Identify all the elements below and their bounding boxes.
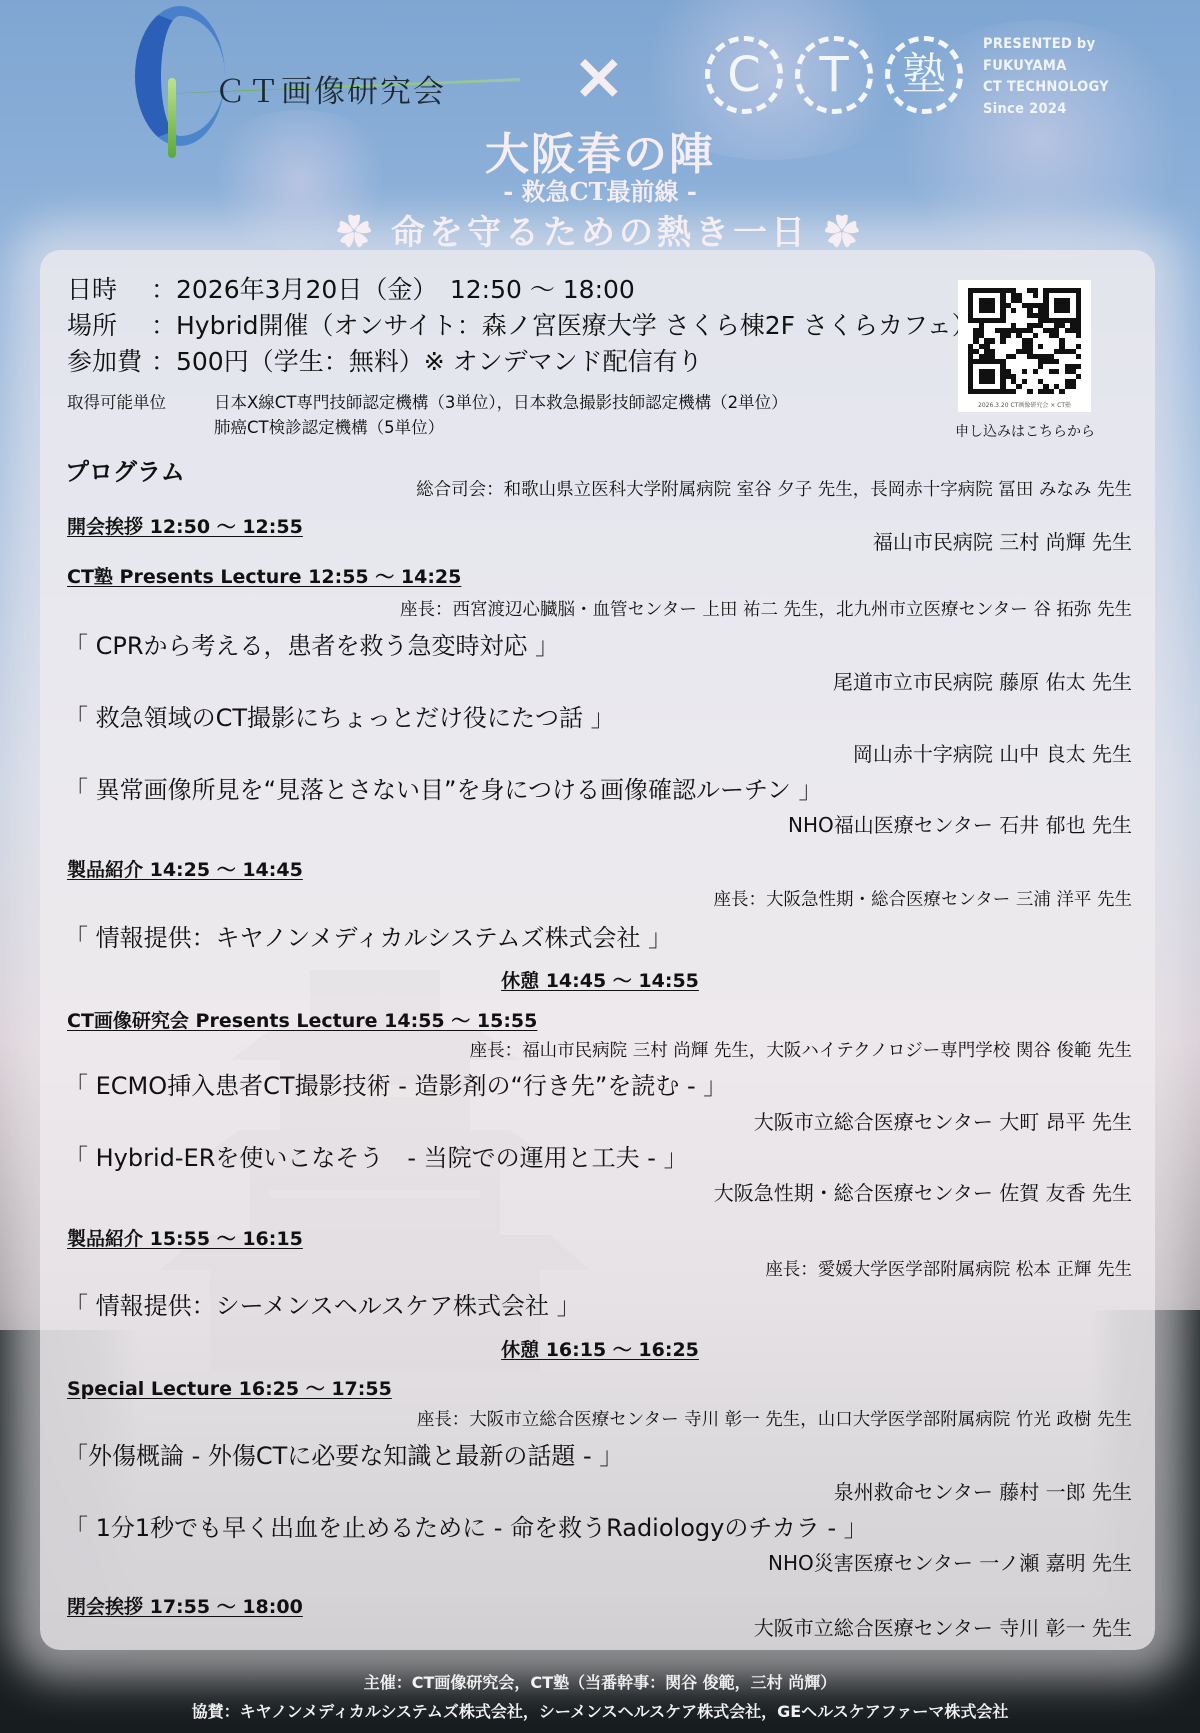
ctimg-chair: 座長：福山市民病院 三村 尚輝 先生，大阪ハイテクノロジー専門学校 関谷 俊範 … xyxy=(470,1037,1132,1062)
venue-label: 場所 xyxy=(67,308,151,344)
break-heading: 休憩 16:15 ～ 16:25 xyxy=(0,1335,1200,1362)
talk-title: 「 救急領域のCT撮影にちょっとだけ役にたつ話 」 xyxy=(64,698,615,733)
credits-info: 取得可能単位日本X線CT専門技師認定機構（3単位），日本救急撮影技師認定機構（2… xyxy=(67,390,788,440)
product-intro-title: 「 情報提供：キヤノンメディカルシステムズ株式会社 」 xyxy=(64,918,672,953)
break-heading: 休憩 14:45 ～ 14:55 xyxy=(0,966,1200,993)
closing-speaker: 大阪市立総合医療センター 寺川 彰一 先生 xyxy=(754,1612,1132,1641)
ctimg-lecture-heading: CT画像研究会 Presents Lecture 14:55 ～ 15:55 xyxy=(67,1006,537,1033)
cross-mark: × xyxy=(572,45,626,109)
talk-speaker: 岡山赤十字病院 山中 良太 先生 xyxy=(853,738,1132,767)
talk-title: 「 Hybrid-ERを使いこなそう - 当院での運用と工夫 - 」 xyxy=(64,1138,688,1173)
talk-speaker: 大阪急性期・総合医療センター 佐賀 友香 先生 xyxy=(714,1177,1132,1206)
talk-speaker: 泉州救命センター 藤村 一郎 先生 xyxy=(834,1476,1132,1505)
presented-line: CT TECHNOLOGY xyxy=(983,77,1109,99)
event-info: 日時 ：2026年3月20日（金） 12:50 ～ 18:00 場所 ：Hybr… xyxy=(67,272,977,380)
qr-caption: 申し込みはこちらから xyxy=(940,421,1110,441)
venue-row: 場所 ：Hybrid開催（オンサイト：森ノ宮医療大学 さくら棟2F さくらカフェ… xyxy=(67,308,977,344)
talk-title: 「 CPRから考える，患者を救う急変時対応 」 xyxy=(64,626,559,661)
fee-row: 参加費 ：500円（学生：無料）※ オンデマンド配信有り xyxy=(67,344,977,380)
talk-title: 「 異常画像所見を“見落とさない目”を身につける画像確認ルーチン 」 xyxy=(64,770,822,805)
datetime-row: 日時 ：2026年3月20日（金） 12:50 ～ 18:00 xyxy=(67,272,977,308)
special-chair: 座長：大阪市立総合医療センター 寺川 彰一 先生，山口大学医学部附属病院 竹光 … xyxy=(417,1406,1132,1431)
sponsors-text: 協賛：キヤノンメディカルシステムズ株式会社，シーメンスヘルスケア株式会社，GEヘ… xyxy=(0,1699,1200,1722)
ct-juku-t-icon: T xyxy=(795,36,873,114)
opening-heading: 開会挨拶 12:50 ～ 12:55 xyxy=(67,512,303,539)
product-intro-chair: 座長：愛媛大学医学部附属病院 松本 正輝 先生 xyxy=(765,1256,1132,1281)
talk-speaker: 尾道市立市民病院 藤原 佑太 先生 xyxy=(833,666,1132,695)
datetime-value: ：2026年3月20日（金） 12:50 ～ 18:00 xyxy=(151,272,635,308)
product-intro-chair: 座長：大阪急性期・総合医療センター 三浦 洋平 先生 xyxy=(714,886,1133,911)
talk-title: 「 ECMO挿入患者CT撮影技術 - 造影剤の“行き先”を読む - 」 xyxy=(64,1066,727,1101)
venue-value: ：Hybrid開催（オンサイト：森ノ宮医療大学 さくら棟2F さくらカフェ） xyxy=(151,308,977,344)
ct-image-society-name: ＣＴ画像研究会 xyxy=(215,66,446,111)
ct-juku-c-icon: C xyxy=(705,36,783,114)
organizer-text: 主催：CT画像研究会，CT塾（当番幹事：関谷 俊範，三村 尚輝） xyxy=(0,1670,1200,1693)
product-intro-heading: 製品紹介 15:55 ～ 16:15 xyxy=(67,1224,303,1251)
product-intro-title: 「 情報提供：シーメンスヘルスケア株式会社 」 xyxy=(64,1286,581,1321)
ctjuku-chair: 座長：西宮渡辺心臓脳・血管センター 上田 祐二 先生，北九州市立医療センター 谷… xyxy=(400,596,1132,621)
sakura-icon: ✿ xyxy=(337,213,375,253)
presented-line: PRESENTED by xyxy=(983,34,1109,56)
datetime-label: 日時 xyxy=(67,272,151,308)
registration-qr-code[interactable]: 2026.3.20 CT画像研究会 × CT塾 xyxy=(958,280,1091,412)
opening-speaker: 福山市民病院 三村 尚輝 先生 xyxy=(873,526,1132,555)
ct-juku-juku-icon: 塾 xyxy=(885,36,963,114)
credits-line: 日本X線CT専門技師認定機構（3単位），日本救急撮影技師認定機構（2単位） xyxy=(214,393,788,412)
talk-speaker: NHO災害医療センター 一ノ瀬 嘉明 先生 xyxy=(768,1547,1132,1576)
event-subtitle: - 救急CT最前線 - xyxy=(0,172,1200,207)
qr-small-caption: 2026.3.20 CT画像研究会 × CT塾 xyxy=(958,400,1091,409)
talk-title: 「外傷概論 - 外傷CTに必要な知識と最新の話題 - 」 xyxy=(64,1436,623,1471)
general-mc: 総合司会：和歌山県立医科大学附属病院 室谷 夕子 先生，長岡赤十字病院 冨田 み… xyxy=(416,476,1132,501)
ct-juku-logo: C T 塾 xyxy=(705,36,963,114)
presented-line: FUKUYAMA xyxy=(983,56,1109,78)
sakura-icon: ✿ xyxy=(825,213,863,253)
tagline-text: 命を守るための熱き一日 xyxy=(391,213,809,253)
talk-speaker: NHO福山医療センター 石井 郁也 先生 xyxy=(788,809,1132,838)
closing-heading: 閉会挨拶 17:55 ～ 18:00 xyxy=(67,1592,303,1619)
fee-label: 参加費 xyxy=(67,344,151,380)
special-lecture-heading: Special Lecture 16:25 ～ 17:55 xyxy=(67,1374,392,1401)
program-title: プログラム xyxy=(65,452,185,487)
ctjuku-lecture-heading: CT塾 Presents Lecture 12:55 ～ 14:25 xyxy=(67,562,461,589)
qr-pattern xyxy=(968,288,1081,394)
talk-title: 「 1分1秒でも早く出血を止めるために - 命を救うRadiologyのチカラ … xyxy=(64,1508,868,1543)
presented-line: Since 2024 xyxy=(983,99,1109,121)
event-tagline: ✿ 命を守るための熱き一日 ✿ xyxy=(0,205,1200,254)
presented-by-text: PRESENTED by FUKUYAMA CT TECHNOLOGY Sinc… xyxy=(983,34,1109,120)
credits-line: 肺癌CT検診認定機構（5単位） xyxy=(67,415,788,440)
talk-speaker: 大阪市立総合医療センター 大町 昂平 先生 xyxy=(754,1106,1132,1135)
product-intro-heading: 製品紹介 14:25 ～ 14:45 xyxy=(67,855,303,882)
credits-label: 取得可能単位 xyxy=(67,390,214,415)
fee-value: ：500円（学生：無料）※ オンデマンド配信有り xyxy=(151,344,703,380)
